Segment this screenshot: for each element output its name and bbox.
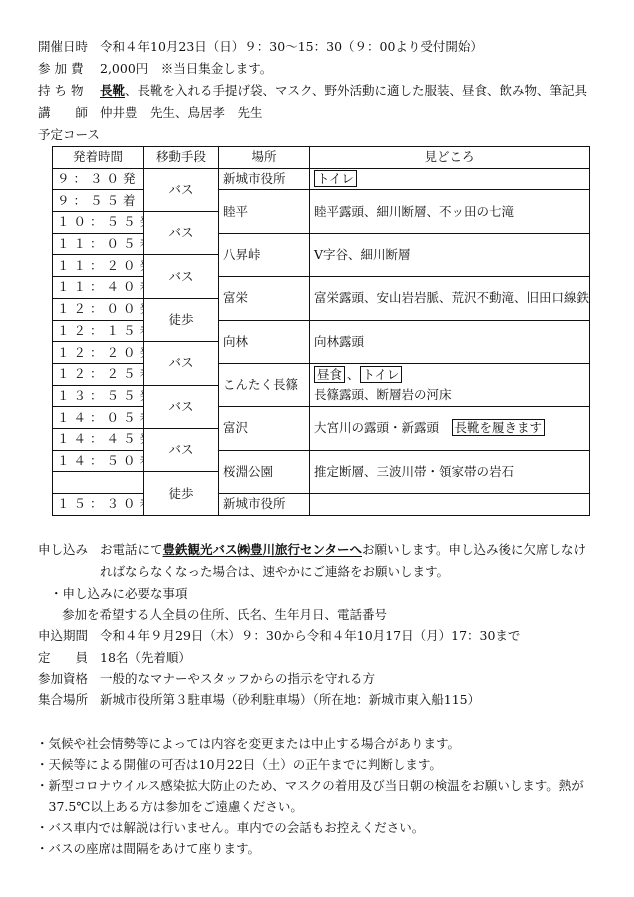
lecturers: 講 師仲井豊 先生、鳥居孝 先生	[38, 104, 263, 122]
transport-cell: バス	[144, 255, 219, 298]
date-value: 令和４年10月23日（日）９：30〜15：30（９：00より受付開始）	[100, 39, 483, 54]
course-heading: 予定コース	[38, 126, 100, 144]
time-cell: １１：２０発	[53, 255, 144, 277]
qualification-label: 参加資格	[38, 670, 100, 688]
items-emphasis: 長靴	[100, 83, 125, 98]
highlight-cell	[310, 494, 590, 516]
meeting-value: 新城市役所第３駐車場（砂利駐車場）（所在地：新城市東入船115）	[100, 692, 480, 707]
time-cell: ９：５５着	[53, 190, 144, 212]
date-label: 開催日時	[38, 38, 100, 56]
lecturer-value: 仲井豊 先生、鳥居孝 先生	[100, 105, 263, 120]
time-cell: １４：０５着	[53, 407, 144, 429]
toilet-badge: トイレ	[314, 170, 357, 187]
boots-notice-badge: 長靴を履きます	[452, 419, 546, 436]
time-cell: １０：５５発	[53, 212, 144, 234]
capacity-value: 18名（先着順）	[100, 650, 191, 665]
items-to-bring: 持 ち 物長靴、長靴を入れる手提げ袋、マスク、野外活動に適した服装、昼食、飲み物…	[38, 82, 587, 100]
travel-agency-name: 豊鉄観光バス㈱豊川旅行センターへ	[163, 542, 363, 557]
place-cell: 八昇峠	[219, 233, 310, 276]
place-cell: 桜淵公園	[219, 450, 310, 493]
time-cell: １３：５５発	[53, 385, 144, 407]
table-row: ９：３０発 バス 新城市役所 トイレ	[53, 168, 590, 190]
note-item: ・新型コロナウイルス感染拡大防止のため、マスクの着用及び当日朝の検温をお願いしま…	[36, 777, 584, 795]
items-label: 持 ち 物	[38, 82, 100, 100]
header-place: 場所	[219, 147, 310, 169]
table-row: １２：２５着 こんたく長篠 昼食、トイレ長篠露頭、断層岩の河床	[53, 363, 590, 385]
highlight-cell: トイレ	[310, 168, 590, 190]
apply-label: 申し込み	[38, 541, 100, 559]
highlight-cell: 睦平露頭、細川断層、不ッ田の七滝	[310, 190, 590, 233]
table-row: １２：１５着 向林 向林露頭	[53, 320, 590, 342]
capacity: 定 員18名（先着順）	[38, 649, 191, 667]
application: 申し込みお電話にて豊鉄観光バス㈱豊川旅行センターへお願いします。申し込み後に欠席…	[38, 541, 586, 559]
transport-cell: バス	[144, 212, 219, 255]
lunch-badge: 昼食	[314, 366, 345, 383]
highlight-cell: V字谷、細川断層	[310, 233, 590, 276]
header-highlights: 見どころ	[310, 147, 590, 169]
note-item: 37.5℃以上ある方は参加をご遠慮ください。	[36, 798, 303, 816]
apply-line-2: ればならなくなった場合は、速やかにご連絡をお願いします。	[100, 563, 449, 581]
note-item: ・バス車内では解説は行いません。車内での会話もお控えください。	[36, 819, 424, 837]
place-cell: 富栄	[219, 277, 310, 320]
note-item: ・バスの座席は間隔をあけて座ります。	[36, 840, 260, 858]
time-cell: １２：２５着	[53, 363, 144, 385]
lecturer-label: 講 師	[38, 104, 100, 122]
note-item: ・気候や社会情勢等によっては内容を変更または中止する場合があります。	[36, 735, 460, 753]
place-cell: 新城市役所	[219, 168, 310, 190]
fee-label: 参 加 費	[38, 60, 100, 78]
capacity-label: 定 員	[38, 649, 100, 667]
time-cell: １１：０５着	[53, 233, 144, 255]
toilet-badge: トイレ	[360, 366, 403, 383]
highlight-text: 長篠露頭、断層岩の河床	[314, 387, 452, 402]
application-period: 申込期間令和４年９月29日（木）９：30から令和４年10月17日（月）17：30…	[38, 627, 520, 645]
highlight-cell: 富栄露頭、安山岩岩脈、荒沢不動滝、旧田口線鉄道敷	[310, 277, 590, 320]
table-row: １４：０５着 富沢 大宮川の露頭・新露頭 長靴を履きます	[53, 407, 590, 429]
time-cell: １２：１５着	[53, 320, 144, 342]
qualification-value: 一般的なマナーやスタッフからの指示を守れる方	[100, 671, 375, 686]
place-cell: 向林	[219, 320, 310, 363]
highlight-cell: 推定断層、三波川帯・領家帯の岩石	[310, 450, 590, 493]
highlight-text: 大宮川の露頭・新露頭	[314, 420, 452, 435]
table-row: １１：０５着 八昇峠 V字谷、細川断層	[53, 233, 590, 255]
time-cell	[53, 472, 144, 494]
transport-cell: 徒歩	[144, 472, 219, 515]
transport-cell: バス	[144, 428, 219, 471]
highlight-cell: 向林露頭	[310, 320, 590, 363]
table-row: １４：５０着 桜淵公園 推定断層、三波川帯・領家帯の岩石	[53, 450, 590, 472]
required-items-heading: ・申し込みに必要な事項	[50, 585, 188, 603]
header-transport: 移動手段	[144, 147, 219, 169]
highlight-cell: 大宮川の露頭・新露頭 長靴を履きます	[310, 407, 590, 450]
transport-cell: バス	[144, 385, 219, 428]
qualification: 参加資格一般的なマナーやスタッフからの指示を守れる方	[38, 670, 375, 688]
period-label: 申込期間	[38, 627, 100, 645]
table-header-row: 発着時間 移動手段 場所 見どころ	[53, 147, 590, 169]
place-cell: 睦平	[219, 190, 310, 233]
period-value: 令和４年９月29日（木）９：30から令和４年10月17日（月）17：30まで	[100, 628, 520, 643]
transport-cell: 徒歩	[144, 298, 219, 341]
place-cell: 富沢	[219, 407, 310, 450]
required-items-body: 参加を希望する人全員の住所、氏名、生年月日、電話番号	[62, 606, 387, 624]
time-cell: １５：３０着	[53, 494, 144, 516]
time-cell: ９：３０発	[53, 168, 144, 190]
table-row: ９：５５着 睦平 睦平露頭、細川断層、不ッ田の七滝	[53, 190, 590, 212]
meeting-label: 集合場所	[38, 691, 100, 709]
event-date: 開催日時令和４年10月23日（日）９：30〜15：30（９：00より受付開始）	[38, 38, 483, 56]
apply-text: お電話にて	[100, 542, 163, 557]
highlight-cell: 昼食、トイレ長篠露頭、断層岩の河床	[310, 363, 590, 406]
time-cell: １４：４５発	[53, 428, 144, 450]
table-row: １１：４０着 富栄 富栄露頭、安山岩岩脈、荒沢不動滝、旧田口線鉄道敷	[53, 277, 590, 299]
items-value: 、長靴を入れる手提げ袋、マスク、野外活動に適した服装、昼食、飲み物、筆記具	[125, 83, 587, 98]
time-cell: １１：４０着	[53, 277, 144, 299]
header-time: 発着時間	[53, 147, 144, 169]
time-cell: １４：５０着	[53, 450, 144, 472]
separator: 、	[347, 367, 360, 382]
fee-value: 2,000円 ※当日集金します。	[100, 61, 272, 76]
place-cell: 新城市役所	[219, 494, 310, 516]
meeting-place: 集合場所新城市役所第３駐車場（砂利駐車場）（所在地：新城市東入船115）	[38, 691, 480, 709]
course-schedule-table: 発着時間 移動手段 場所 見どころ ９：３０発 バス 新城市役所 トイレ ９：５…	[52, 146, 590, 516]
table-row: １５：３０着 新城市役所	[53, 494, 590, 516]
transport-cell: バス	[144, 168, 219, 211]
event-fee: 参 加 費2,000円 ※当日集金します。	[38, 60, 272, 78]
time-cell: １２：２０発	[53, 342, 144, 364]
place-cell: こんたく長篠	[219, 363, 310, 406]
apply-text: お願いします。申し込み後に欠席しなけ	[362, 542, 586, 557]
note-item: ・天候等による開催の可否は10月22日（土）の正午までに判断します。	[36, 756, 442, 774]
time-cell: １２：００発	[53, 298, 144, 320]
transport-cell: バス	[144, 342, 219, 385]
